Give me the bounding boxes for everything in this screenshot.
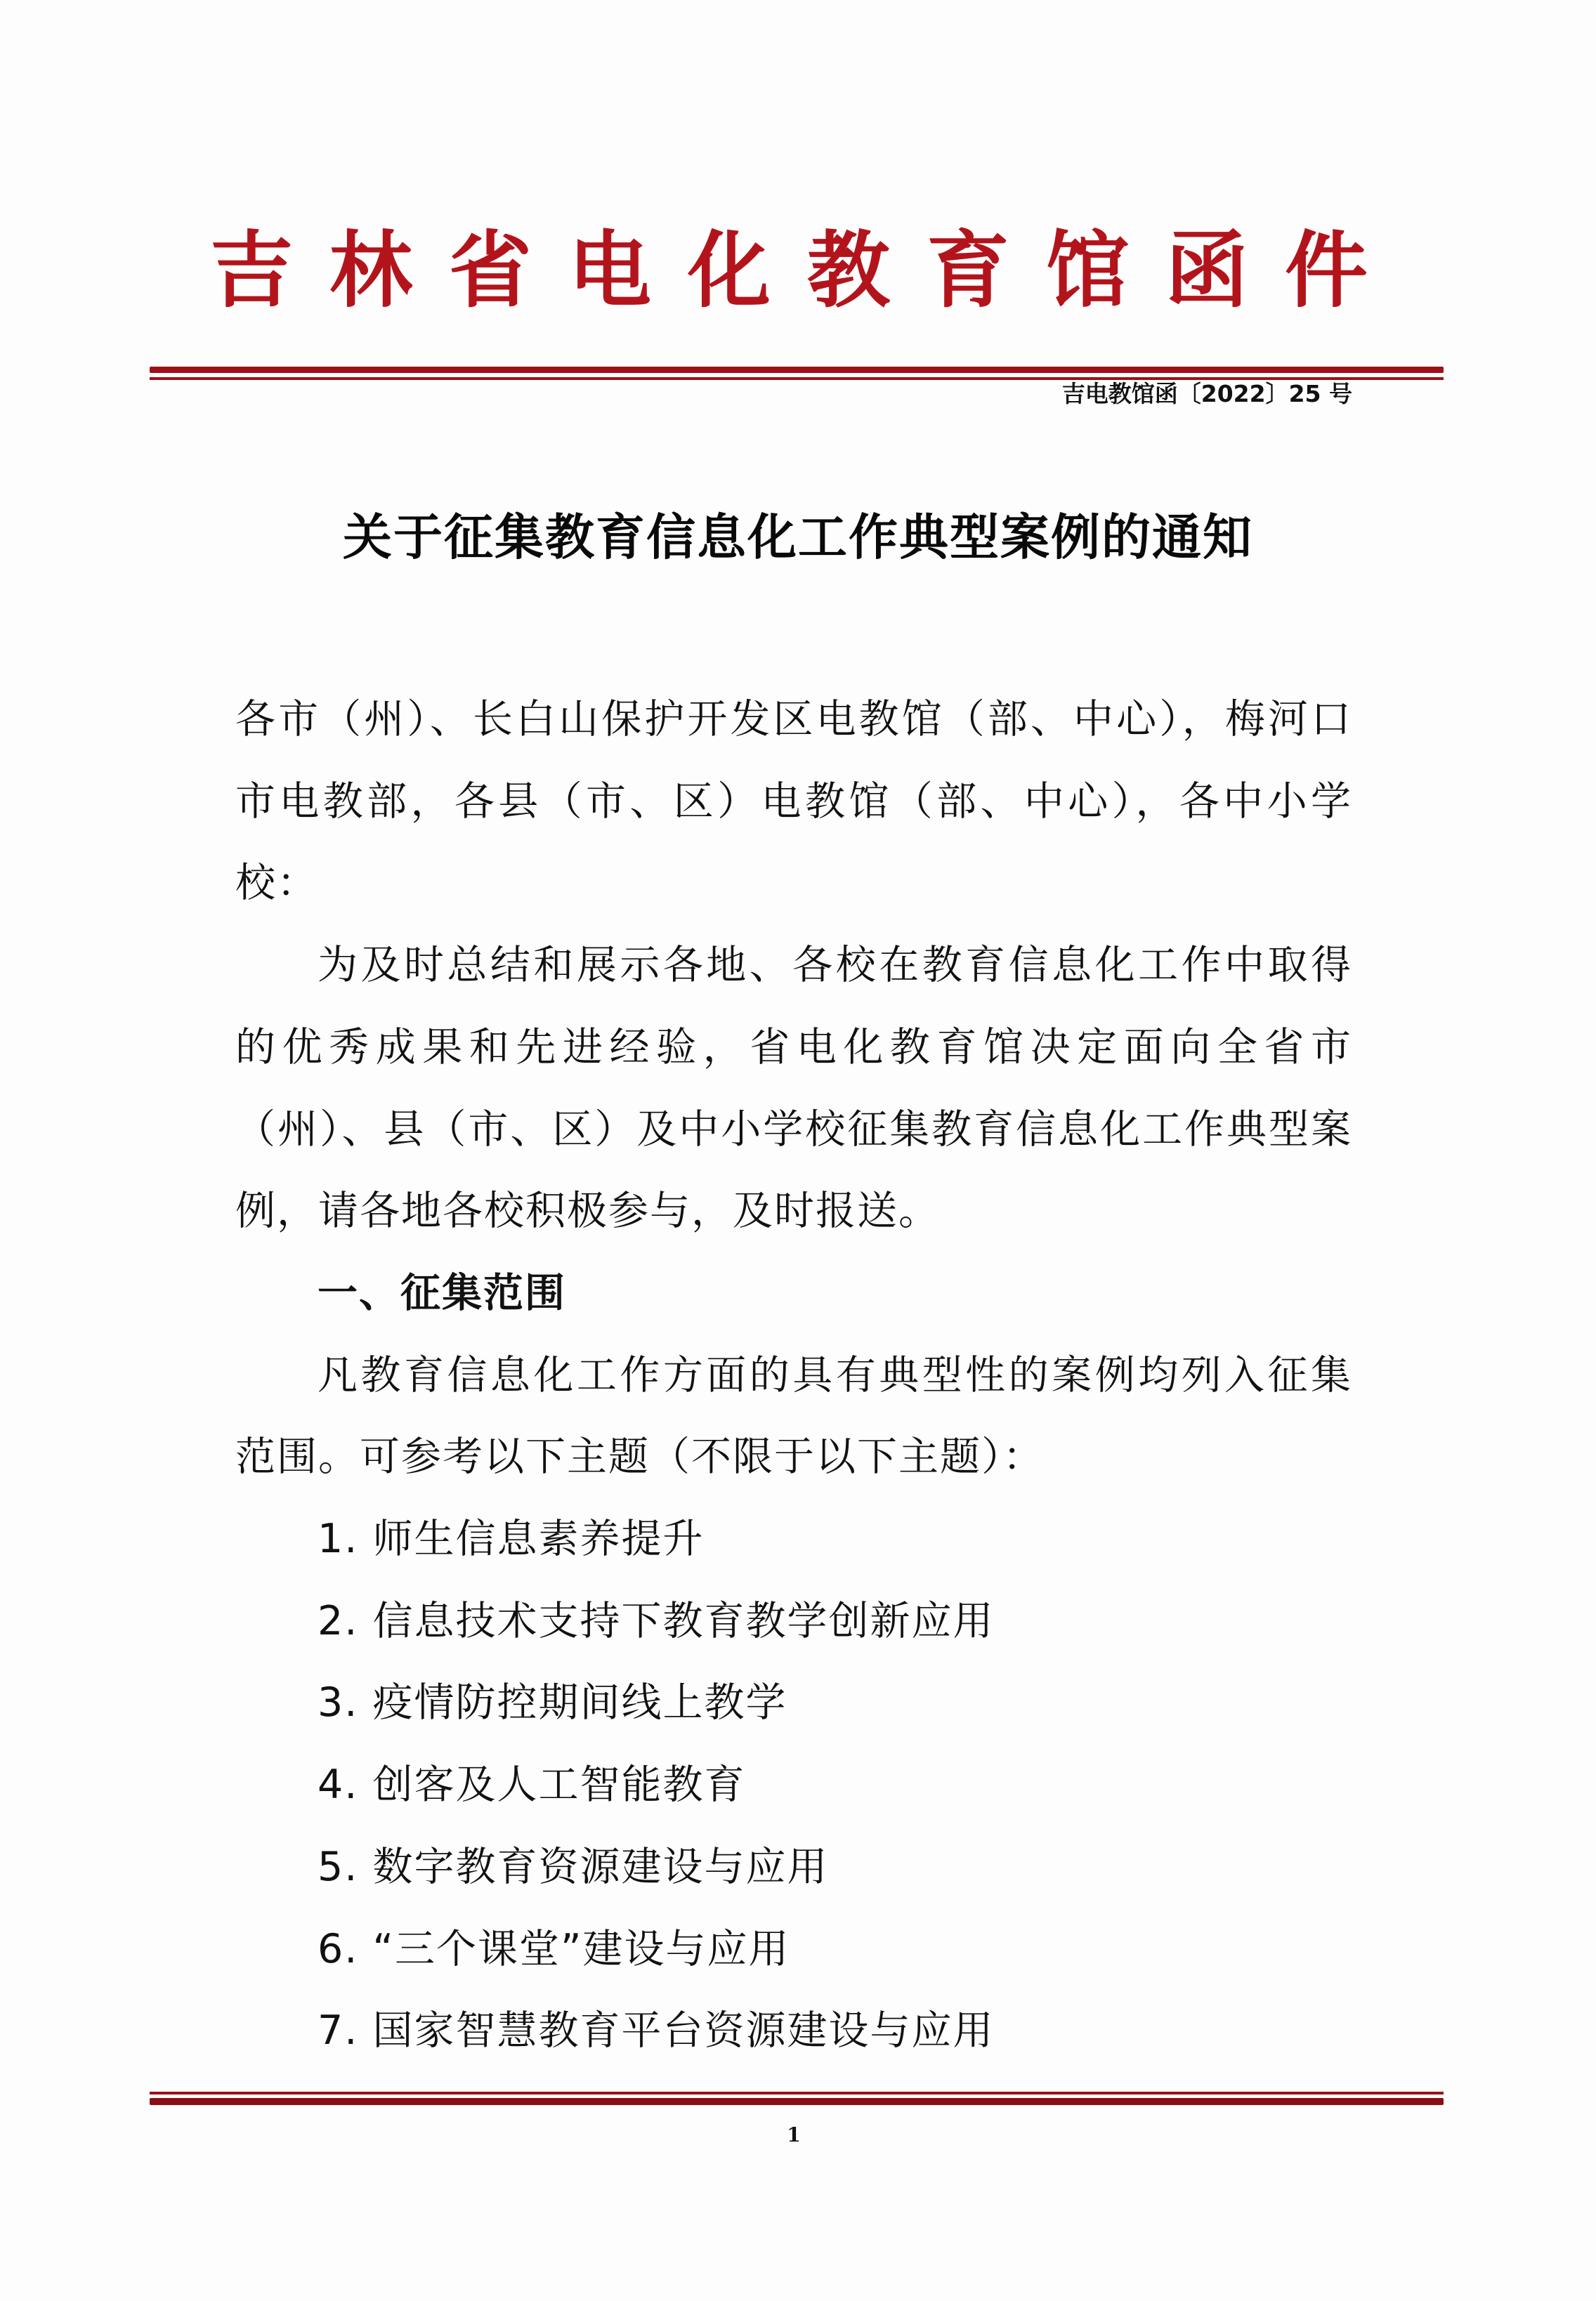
topic-item: 5. 数字教育资源建设与应用 [235,1826,1352,1908]
footer-rule-thin [150,2092,1444,2094]
topic-item: 4. 创客及人工智能教育 [235,1744,1352,1826]
page-number: 1 [759,2118,829,2153]
topic-item: 1. 师生信息素养提升 [235,1498,1352,1580]
letterhead-masthead: 吉林省电化教育馆函件 [0,211,1596,330]
intro-paragraph: 为及时总结和展示各地、各校在教育信息化工作中取得的优秀成果和先进经验，省电化教育… [235,924,1352,1252]
notice-title: 关于征集教育信息化工作典型案例的通知 [0,506,1596,569]
topic-item: 3. 疫情防控期间线上教学 [235,1662,1352,1744]
document-body: 各市（州）、长白山保护开发区电教馆（部、中心），梅河口市电教部，各县（市、区）电… [235,678,1352,2072]
footer-rule-thick [150,2098,1444,2105]
header-rule-thick [150,367,1444,373]
section-paragraph: 凡教育信息化工作方面的具有典型性的案例均列入征集范围。可参考以下主题（不限于以下… [235,1335,1352,1498]
topic-item: 2. 信息技术支持下教育教学创新应用 [235,1580,1352,1663]
topic-item: 7. 国家智慧教育平台资源建设与应用 [235,1990,1352,2072]
section-heading: 一、征集范围 [235,1252,1352,1335]
salutation: 各市（州）、长白山保护开发区电教馆（部、中心），梅河口市电教部，各县（市、区）电… [235,678,1352,924]
topic-item: 6. “三个课堂”建设与应用 [235,1908,1352,1991]
document-number: 吉电教馆函〔2022〕25 号 [1062,374,1352,414]
